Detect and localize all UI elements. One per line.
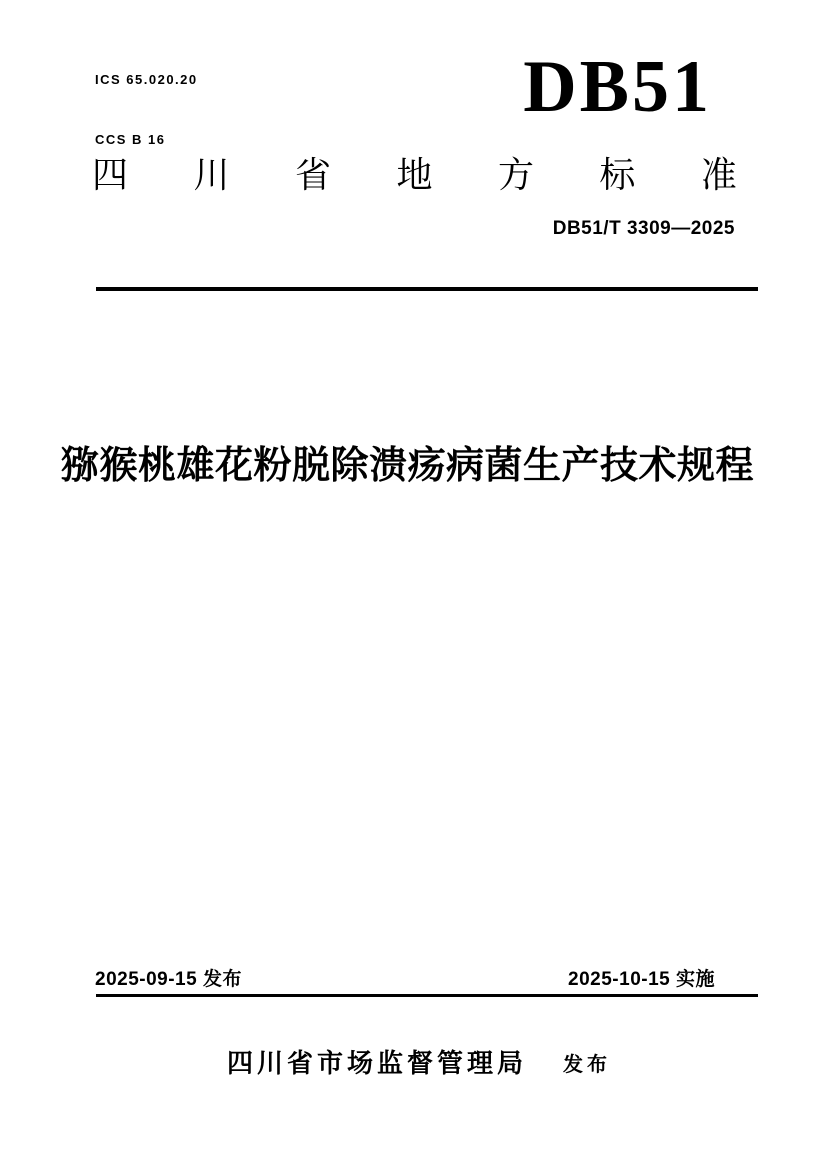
standard-cover-page: ICS 65.020.20 CCS B 16 DB51 四 川 省 地 方 标 …	[0, 0, 815, 1151]
standard-char: 四	[92, 157, 128, 193]
implementation-date: 2025-10-15 实施	[568, 970, 715, 991]
issue-date: 2025-09-15 发布	[95, 970, 242, 991]
standard-char: 标	[599, 157, 635, 193]
standard-char: 地	[396, 157, 432, 193]
publisher-name: 四川省市场监督管理局	[227, 1049, 527, 1078]
footer-rule	[96, 994, 758, 997]
header-rule	[96, 287, 758, 291]
ics-code: ICS 65.020.20	[95, 70, 198, 90]
document-title: 猕猴桃雄花粉脱除溃疡病菌生产技术规程	[0, 446, 815, 488]
standard-category-row: 四 川 省 地 方 标 准	[92, 157, 737, 193]
publish-label: 发布	[563, 1054, 611, 1076]
standard-char: 省	[295, 157, 331, 193]
standard-char: 准	[701, 157, 737, 193]
standard-char: 川	[193, 157, 229, 193]
standard-char: 方	[498, 157, 534, 193]
ccs-code: CCS B 16	[95, 130, 198, 150]
db51-logo: DB51	[523, 50, 712, 124]
standard-number: DB51/T 3309—2025	[553, 219, 735, 238]
